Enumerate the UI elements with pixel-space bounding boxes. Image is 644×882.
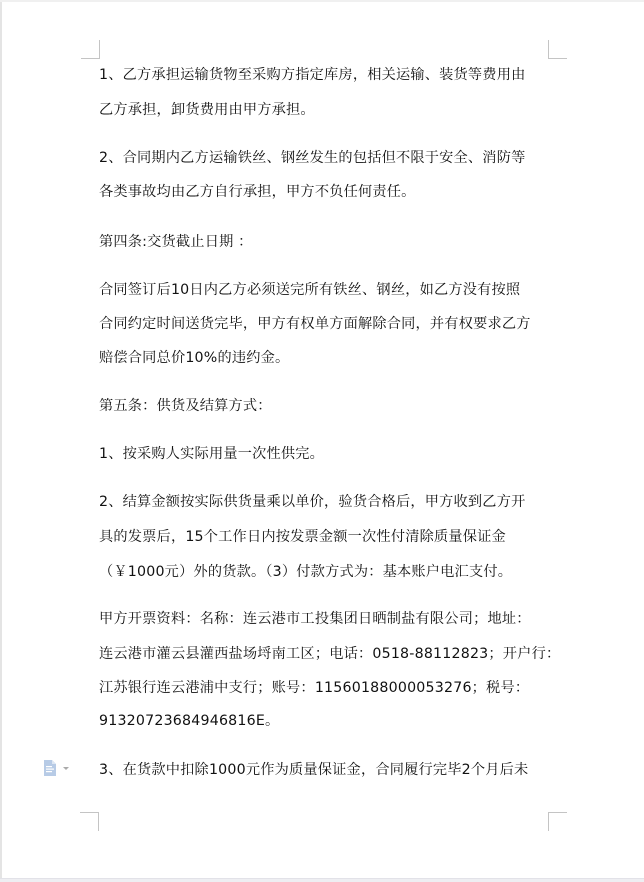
window-bottom-edge xyxy=(0,878,644,882)
paragraph-line: 91320723684946816E。 xyxy=(99,711,279,731)
section-heading: 第四条:交货截止日期 ： xyxy=(99,232,253,252)
paragraph-line: 2、合同期内乙方运输铁丝、钢丝发生的包括但不限于安全、消防等 xyxy=(99,148,525,168)
page-corner-mark-bottom-left xyxy=(80,812,99,831)
window-top-edge xyxy=(0,0,644,2)
paragraph-line: 赔偿合同总价10%的违约金。 xyxy=(99,348,289,368)
paragraph-line: 乙方承担，卸货费用由甲方承担。 xyxy=(99,100,315,120)
paragraph-line: 各类事故均由乙方自行承担，甲方不负任何责任。 xyxy=(99,182,416,202)
page-corner-mark-bottom-right xyxy=(548,812,567,831)
caret-down-icon[interactable] xyxy=(63,767,69,770)
paragraph-line: 江苏银行连云港浦中支行；账号：11560188000053276；税号： xyxy=(99,678,529,698)
document-icon xyxy=(43,760,57,776)
paragraph-line: 合同签订后10日内乙方必须送完所有铁丝、钢丝，如乙方没有按照 xyxy=(99,280,520,300)
paragraph-layout-button[interactable] xyxy=(43,760,69,776)
page-corner-mark-top-right xyxy=(548,40,567,59)
section-heading: 第五条：供货及结算方式： xyxy=(99,396,272,416)
paragraph-line: （￥1000元）外的货款。（3）付款方式为：基本账户电汇支付。 xyxy=(99,562,512,582)
page-corner-mark-top-left xyxy=(81,40,100,59)
paragraph-line: 1、乙方承担运输货物至采购方指定库房，相关运输、装货等费用由 xyxy=(99,65,525,85)
paragraph-line: 2、结算金额按实际供货量乘以单价，验货合格后，甲方收到乙方开 xyxy=(99,492,525,512)
paragraph-line: 连云港市灌云县灌西盐场埒南工区；电话：0518-88112823；开户行： xyxy=(99,644,560,664)
paragraph-line: 1、按采购人实际用量一次性供完。 xyxy=(99,444,324,464)
paragraph-line: 合同约定时间送货完毕，甲方有权单方面解除合同，并有权要求乙方 xyxy=(99,314,531,334)
paragraph-line: 甲方开票资料：名称：连云港市工投集团日晒制盐有限公司；地址： xyxy=(99,609,531,629)
window-left-edge xyxy=(0,0,2,882)
paragraph-line: 3、在货款中扣除1000元作为质量保证金，合同履行完毕2个月后未 xyxy=(99,760,528,780)
paragraph-line: 具的发票后，15个工作日内按发票金额一次性付清除质量保证金 xyxy=(99,527,506,547)
